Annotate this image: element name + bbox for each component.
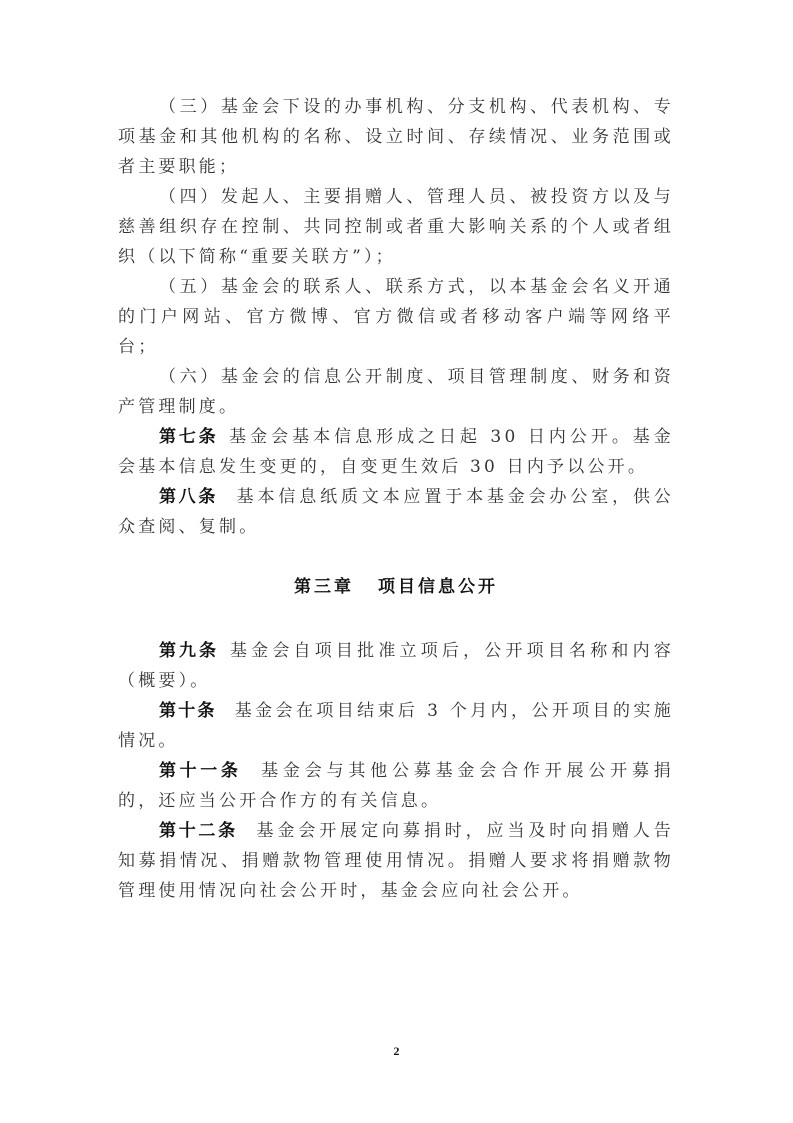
page-content: （三）基金会下设的办事机构、分支机构、代表机构、专项基金和其他机构的名称、设立时… bbox=[118, 92, 674, 906]
chapter-name: 项目信息公开 bbox=[378, 577, 498, 597]
article-label: 第十二条 bbox=[159, 821, 238, 841]
article-label: 第九条 bbox=[159, 641, 219, 661]
chapter-title: 第三章项目信息公开 bbox=[118, 572, 674, 602]
paragraph-item-4: （四）发起人、主要捐赠人、管理人员、被投资方以及与慈善组织存在控制、共同控制或者… bbox=[118, 182, 674, 272]
document-page: （三）基金会下设的办事机构、分支机构、代表机构、专项基金和其他机构的名称、设立时… bbox=[0, 0, 793, 1123]
article-10: 第十条基金会在项目结束后 3 个月内，公开项目的实施情况。 bbox=[118, 696, 674, 756]
article-label: 第七条 bbox=[159, 427, 218, 447]
article-8: 第八条基本信息纸质文本应置于本基金会办公室，供公众查阅、复制。 bbox=[118, 482, 674, 542]
page-number: 2 bbox=[0, 1044, 793, 1059]
article-label: 第十一条 bbox=[159, 761, 241, 781]
article-11: 第十一条基金会与其他公募基金会合作开展公开募捐的，还应当公开合作方的有关信息。 bbox=[118, 756, 674, 816]
chapter-number: 第三章 bbox=[294, 577, 354, 597]
article-9: 第九条基金会自项目批准立项后，公开项目名称和内容（概要）。 bbox=[118, 636, 674, 696]
article-7: 第七条基金会基本信息形成之日起 30 日内公开。基金会基本信息发生变更的，自变更… bbox=[118, 422, 674, 482]
article-12: 第十二条基金会开展定向募捐时，应当及时向捐赠人告知募捐情况、捐赠款物管理使用情况… bbox=[118, 816, 674, 906]
paragraph-item-3: （三）基金会下设的办事机构、分支机构、代表机构、专项基金和其他机构的名称、设立时… bbox=[118, 92, 674, 182]
paragraph-item-6: （六）基金会的信息公开制度、项目管理制度、财务和资产管理制度。 bbox=[118, 362, 674, 422]
article-label: 第八条 bbox=[159, 487, 218, 507]
paragraph-item-5: （五）基金会的联系人、联系方式，以本基金会名义开通的门户网站、官方微博、官方微信… bbox=[118, 272, 674, 362]
article-label: 第十条 bbox=[159, 701, 217, 721]
